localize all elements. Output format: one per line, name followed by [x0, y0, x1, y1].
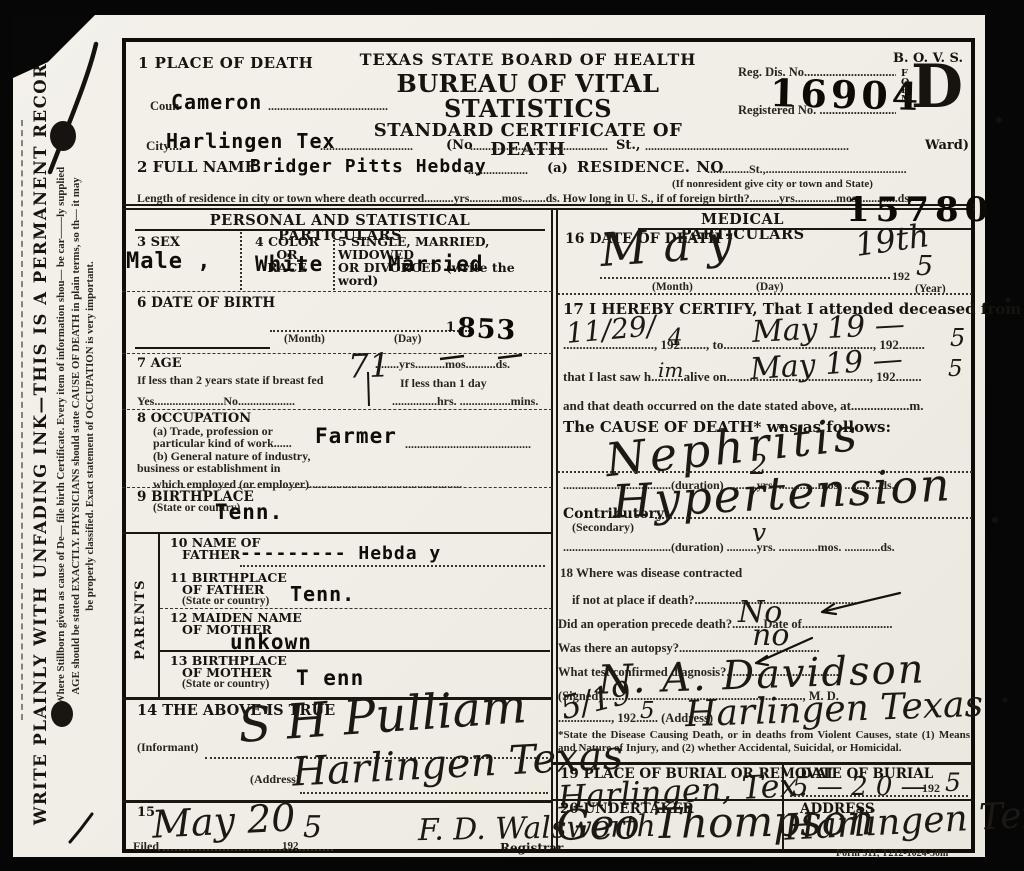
age-dash-2 — [498, 355, 522, 358]
speckle — [996, 117, 1002, 123]
speckle — [1006, 298, 1011, 303]
ink-marks-overlay — [0, 0, 1024, 871]
death-certificate-scan: WRITE PLAINLY WITH UNFADING INK—THIS IS … — [0, 0, 1024, 871]
ink-blot-top — [50, 121, 76, 151]
pen-stroke — [50, 44, 96, 172]
check-mark — [70, 814, 92, 842]
scan-corner-blot — [13, 15, 95, 78]
operation-arrow — [822, 593, 900, 614]
age-dash-1 — [440, 356, 464, 359]
ink-blot-bottom — [51, 701, 73, 727]
diagnosis-arrow — [756, 638, 812, 665]
speckle — [992, 517, 998, 523]
age-stroke — [368, 372, 369, 406]
speckle — [1003, 698, 1008, 703]
